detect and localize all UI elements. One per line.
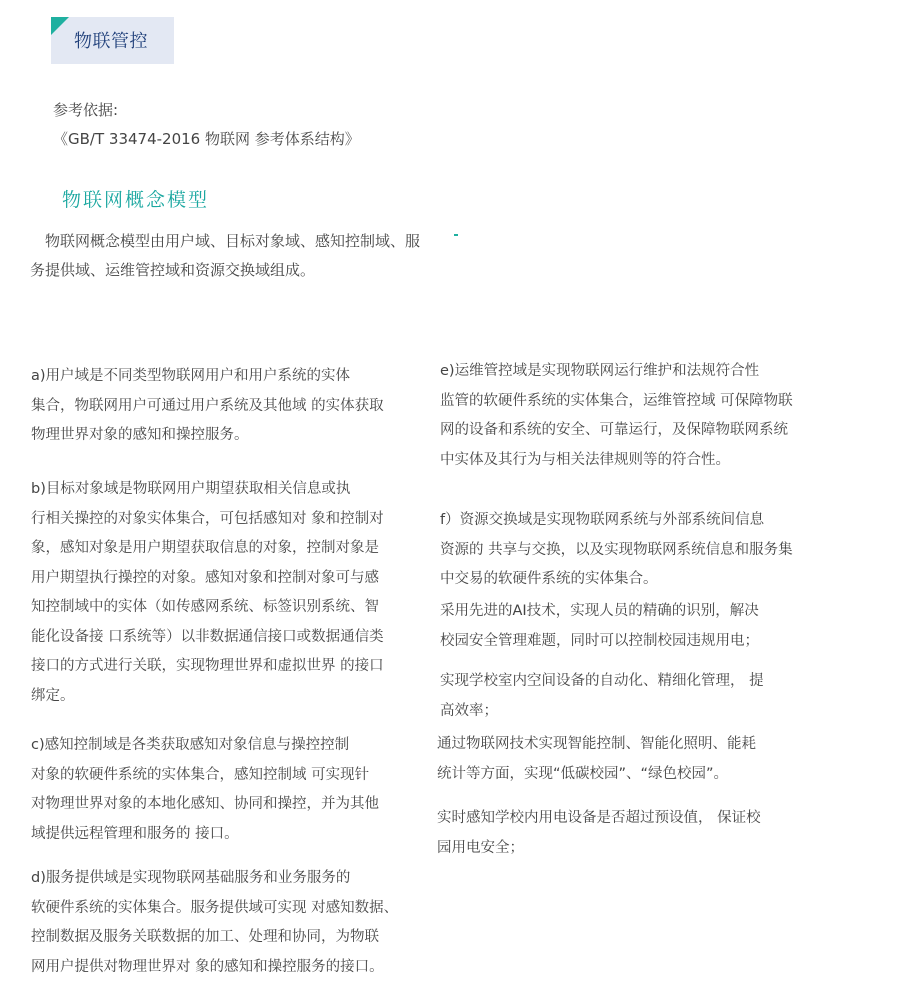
paragraph-user-domain: a)用户域是不同类型物联网用户和用户系统的实体 集合，物联网用户可通过用户系统及… (31, 362, 384, 451)
paragraph-power-safety: 实时感知学校内用电设备是否超过预设值， 保证校 园用电安全； (437, 804, 761, 863)
section-title: 物联网概念模型 (62, 185, 209, 212)
section-tag-label: 物联管控 (74, 27, 148, 53)
reference-block: 参考依据: 《GB/T 33474-2016 物联网 参考体系结构》 (53, 96, 360, 154)
decorative-dash (454, 234, 458, 236)
section-tag: 物联管控 (51, 17, 174, 64)
paragraph-automation: 实现学校室内空间设备的自动化、精细化管理， 提 高效率； (440, 667, 764, 726)
paragraph-ai-recognition: 采用先进的AI技术，实现人员的精确的识别，解决 校园安全管理难题，同时可以控制校… (440, 597, 759, 656)
paragraph-smart-campus: 通过物联网技术实现智能控制、智能化照明、能耗 统计等方面，实现“低碳校园”、“绿… (437, 730, 756, 789)
corner-accent-icon (51, 17, 69, 35)
paragraph-target-object-domain: b)目标对象域是物联网用户期望获取相关信息或执 行相关操控的对象实体集合，可包括… (31, 475, 384, 711)
paragraph-resource-exchange-domain: f）资源交换域是实现物联网系统与外部系统间信息 资源的 共享与交换，以及实现物联… (440, 506, 793, 595)
paragraph-operation-management-domain: e)运维管控域是实现物联网运行维护和法规符合性 监管的软硬件系统的实体集合，运维… (440, 357, 793, 475)
reference-label: 参考依据: (53, 96, 360, 125)
paragraph-sensing-control-domain: c)感知控制域是各类获取感知对象信息与操控控制 对象的软硬件系统的实体集合，感知… (31, 731, 379, 849)
section-intro: 物联网概念模型由用户域、目标对象域、感知控制域、服务提供域、运维管控域和资源交换… (30, 227, 430, 285)
paragraph-service-provider-domain: d)服务提供域是实现物联网基础服务和业务服务的 软硬件系统的实体集合。服务提供域… (31, 864, 398, 982)
reference-standard: 《GB/T 33474-2016 物联网 参考体系结构》 (53, 125, 360, 154)
